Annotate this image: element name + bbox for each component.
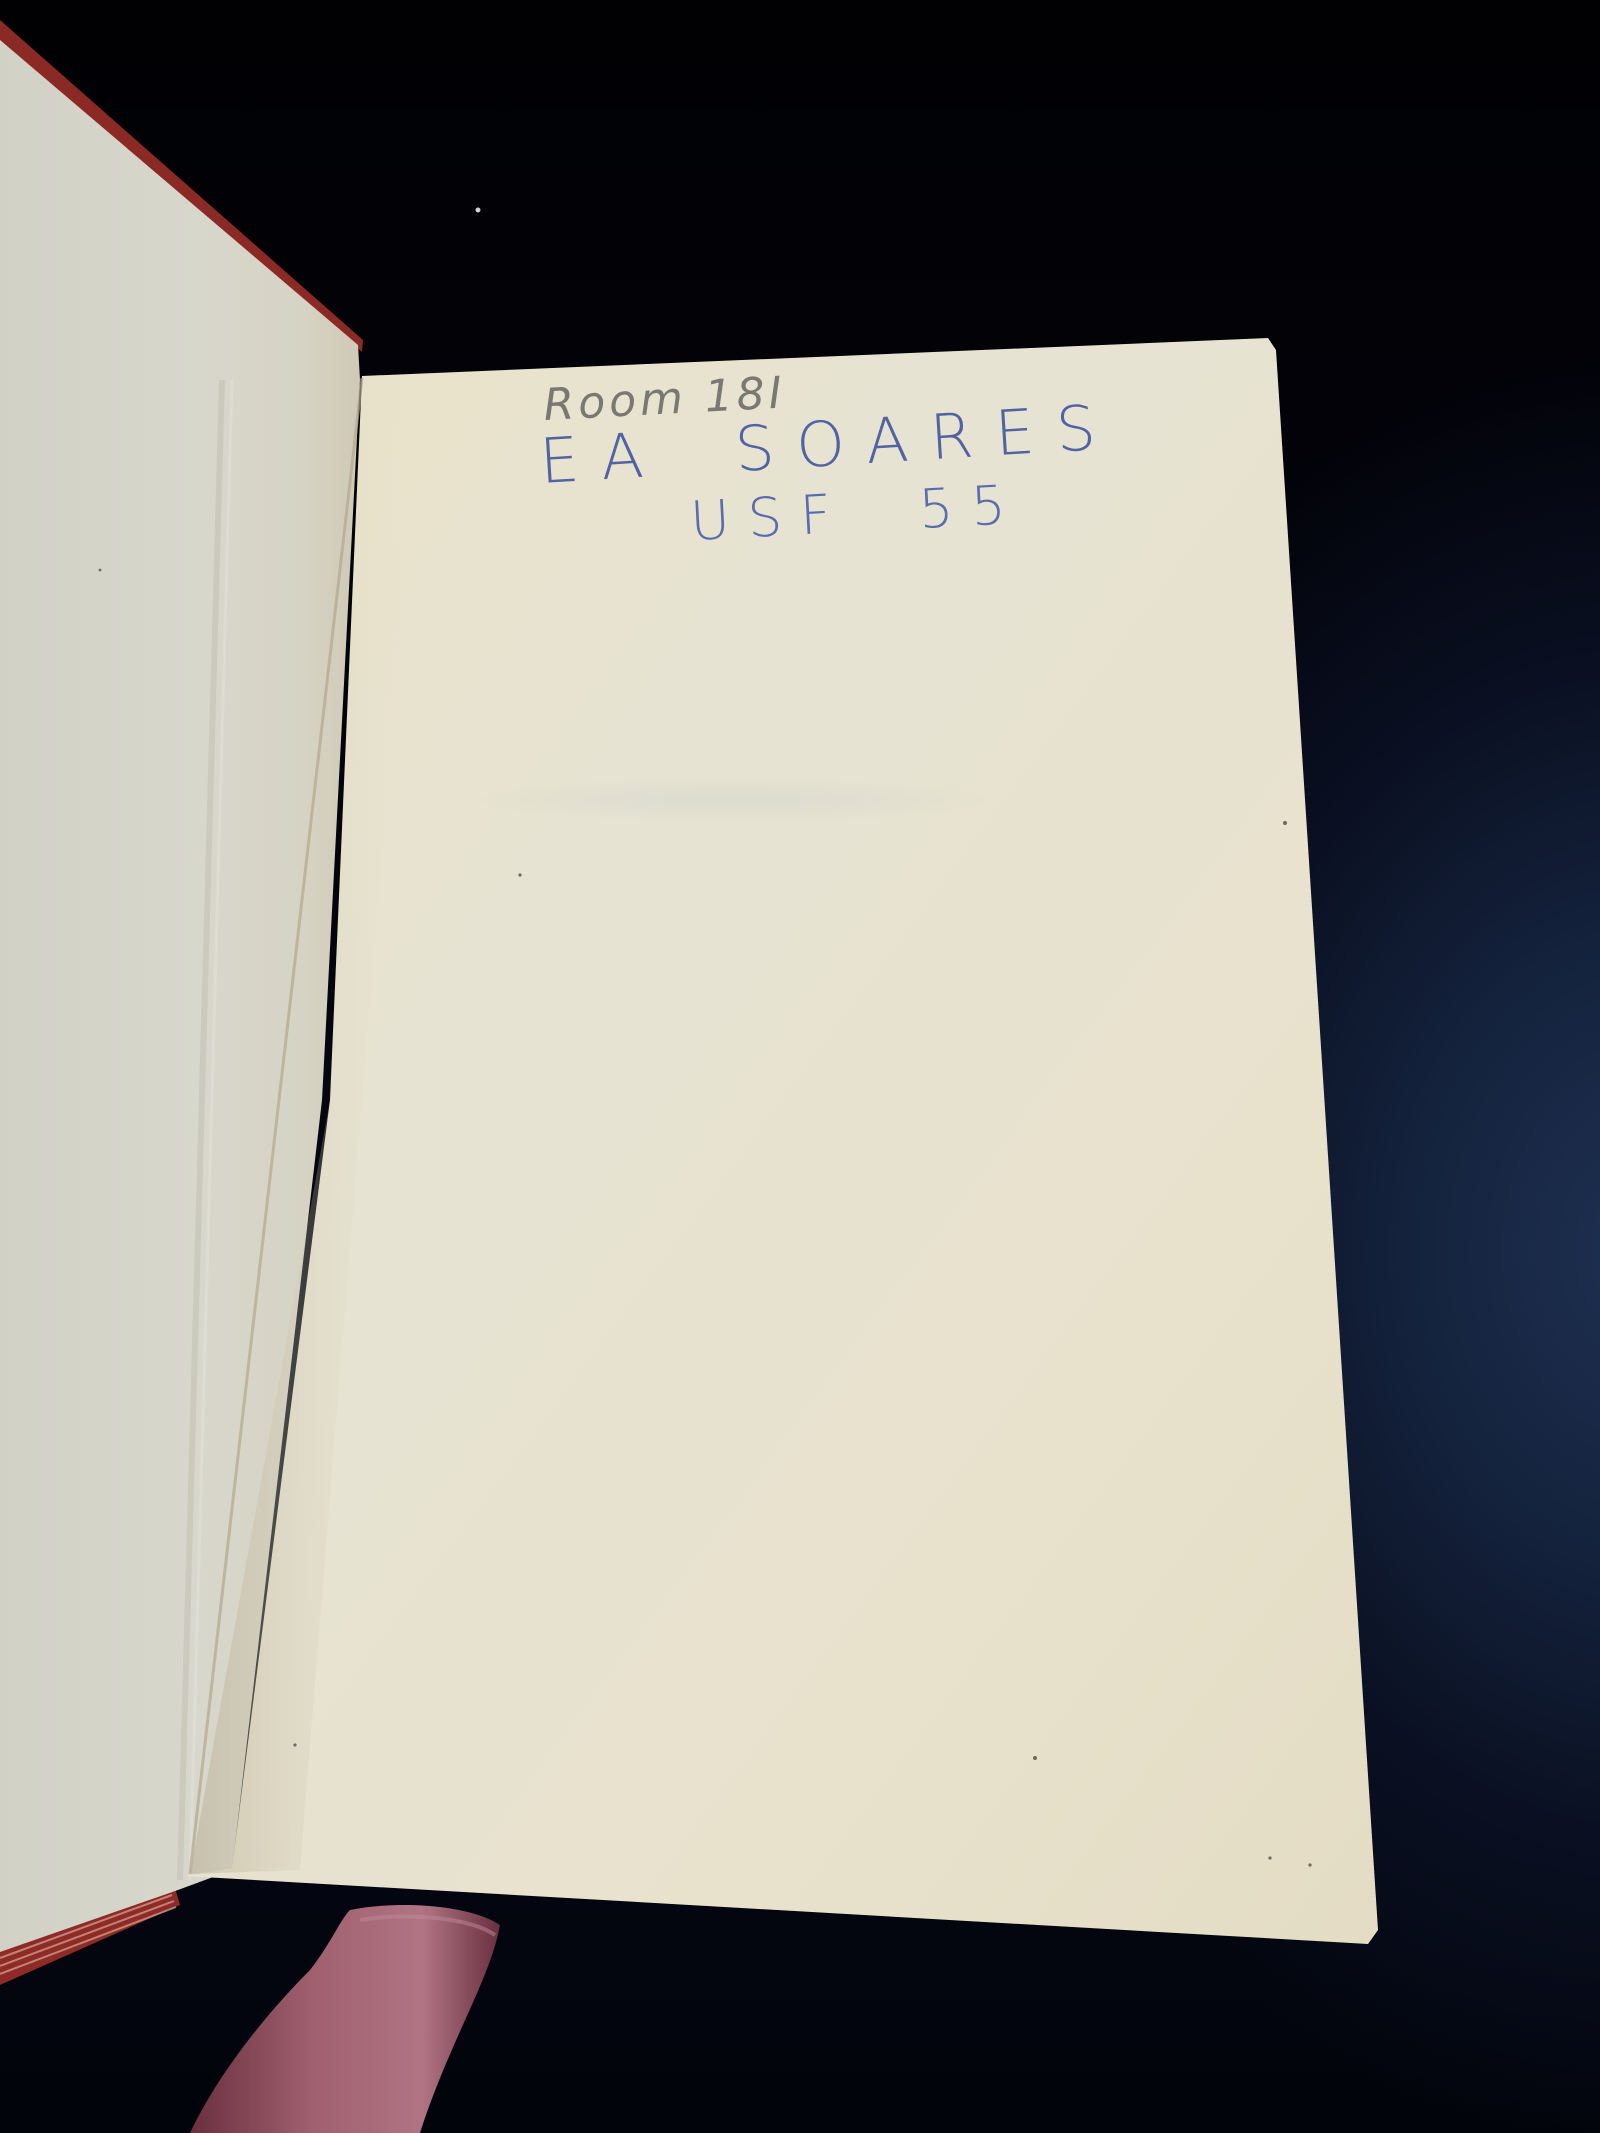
bleed-through-text [470, 778, 990, 822]
inscription-initials: EA [538, 417, 668, 498]
thumb [190, 1905, 500, 2133]
dust-speck [476, 208, 481, 213]
inscription-affiliation-prefix: USF [689, 482, 851, 553]
photo-scene: Room 18I EASOARES USF55 [0, 0, 1600, 2133]
book-photo [0, 0, 1600, 2133]
inscription-affiliation-number: 55 [917, 473, 1025, 541]
